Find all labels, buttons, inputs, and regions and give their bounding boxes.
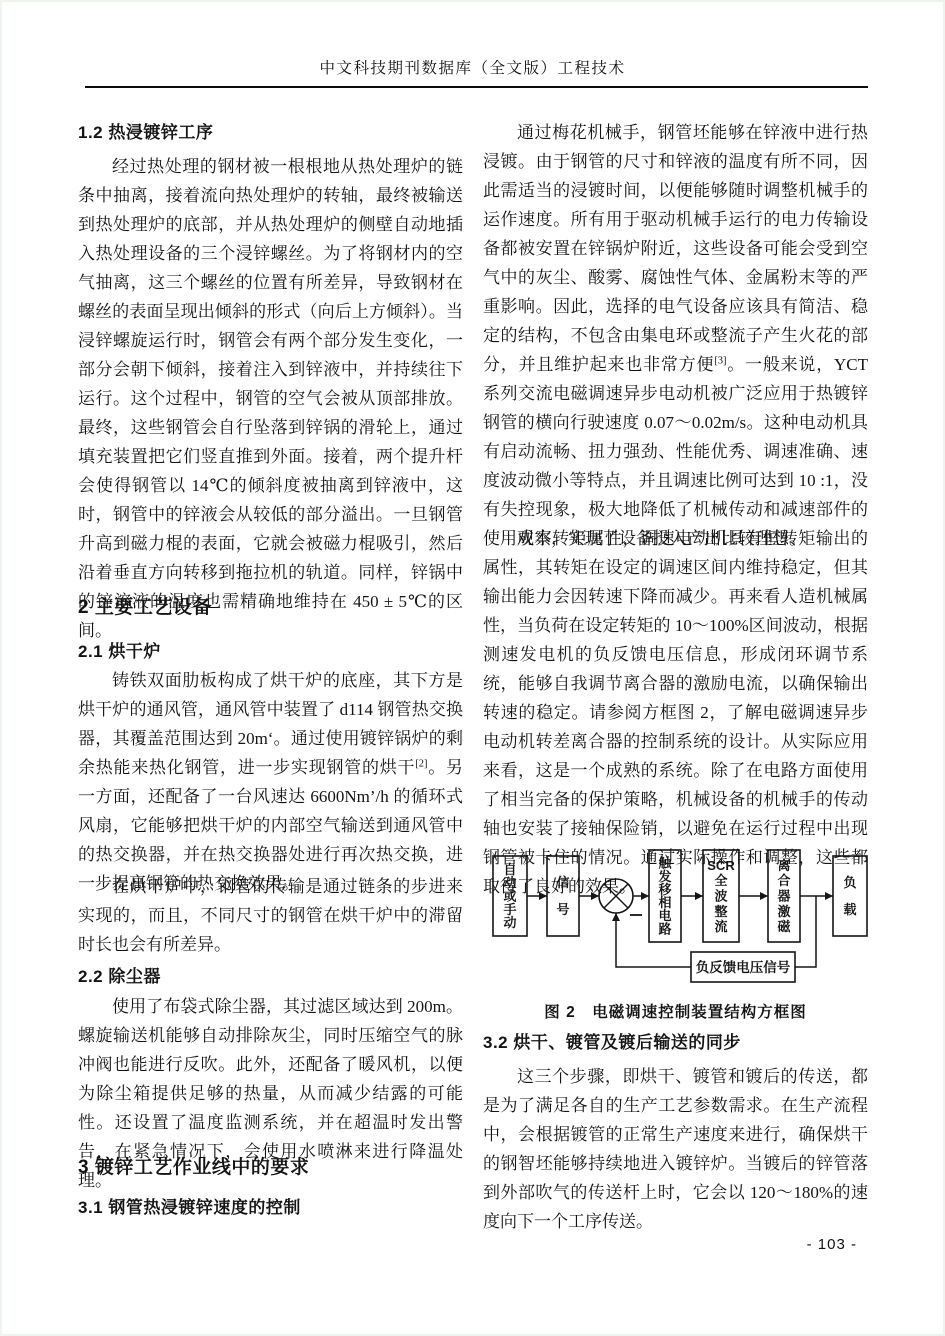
diagram-box-label: 整 bbox=[714, 904, 727, 919]
diagram-box-label: 信 bbox=[556, 875, 569, 890]
paragraph: 铸铁双面肋板构成了烘干炉的底座，其下方是烘干炉的通风管，通风管中装置了 d114… bbox=[78, 666, 463, 898]
diagram-box-label: SCR bbox=[707, 858, 735, 873]
diagram-box-label: 载 bbox=[843, 902, 856, 917]
section-2-title: 2 主要工艺设备 bbox=[78, 592, 463, 619]
paper-page: 中文科技期刊数据库（全文版）工程技术 1.2 热浸镀锌工序 经过热处理的钢材被一… bbox=[0, 0, 945, 1336]
diagram-box-label: 动 bbox=[503, 915, 516, 930]
paragraph: 在烘干炉中，钢管的传输是通过链条的步进来实现的，而且，不同尺寸的钢管在烘干炉中的… bbox=[78, 872, 463, 959]
section-2-2-title: 2.2 除尘器 bbox=[78, 962, 463, 987]
diagram-box-signal bbox=[547, 856, 579, 936]
diagram-box-label: 路 bbox=[658, 921, 671, 936]
paragraph: 经过热处理的钢材被一根根地从热处理炉的链条中抽离，接着流向热处理炉的转轴，最终被… bbox=[78, 152, 463, 645]
diagram-box-label: 负 bbox=[843, 875, 856, 890]
section-3-2-title: 3.2 烘干、镀管及镀后输送的同步 bbox=[483, 1028, 868, 1053]
diagram-box-load bbox=[833, 856, 867, 936]
figure-2-caption: 图 2 电磁调速控制装置结构方框图 bbox=[483, 1000, 868, 1022]
paragraph: 这三个步骤，即烘干、镀管和镀后的传送，都是为了满足各自的生产工艺参数需求。在生产… bbox=[483, 1062, 868, 1236]
section-3-title: 3 镀锌工艺作业线中的要求 bbox=[78, 1152, 463, 1179]
diagram-box-label: 合 bbox=[777, 873, 790, 888]
control-system-block-diagram: 自动或手动信号触发移相电路SCR全波整流离合器激磁负载负反馈电压信号 bbox=[483, 844, 873, 996]
diagram-box-label: 全 bbox=[714, 873, 727, 888]
figure-2-block-diagram: 自动或手动信号触发移相电路SCR全波整流离合器激磁负载负反馈电压信号 bbox=[483, 844, 868, 1001]
diagram-box-label: 磁 bbox=[777, 919, 791, 934]
diagram-box-label: 离 bbox=[777, 858, 790, 873]
diagram-box-label: 波 bbox=[714, 889, 727, 904]
diagram-box-label: 激 bbox=[777, 904, 790, 919]
diagram-box-label: 流 bbox=[714, 919, 727, 934]
page-number: - 103 - bbox=[807, 1236, 857, 1253]
feedback-box-label: 负反馈电压信号 bbox=[696, 959, 791, 975]
section-1-2-title: 1.2 热浸镀锌工序 bbox=[78, 118, 463, 143]
left-column: 1.2 热浸镀锌工序 经过热处理的钢材被一根根地从热处理炉的链条中抽离，接着流向… bbox=[78, 0, 463, 1336]
diagram-box-label: 号 bbox=[556, 902, 569, 917]
right-column: 通过梅花机械手，钢管坯能够在锌液中进行热浸镀。由于钢管的尺寸和锌液的温度有所不同… bbox=[483, 0, 868, 1336]
section-2-1-title: 2.1 烘干炉 bbox=[78, 637, 463, 662]
diagram-box-label: 器 bbox=[777, 889, 790, 904]
paragraph: 通过梅花机械手，钢管坯能够在锌液中进行热浸镀。由于钢管的尺寸和锌液的温度有所不同… bbox=[483, 118, 868, 553]
section-3-1-title: 3.1 钢管热浸镀锌速度的控制 bbox=[78, 1193, 463, 1218]
